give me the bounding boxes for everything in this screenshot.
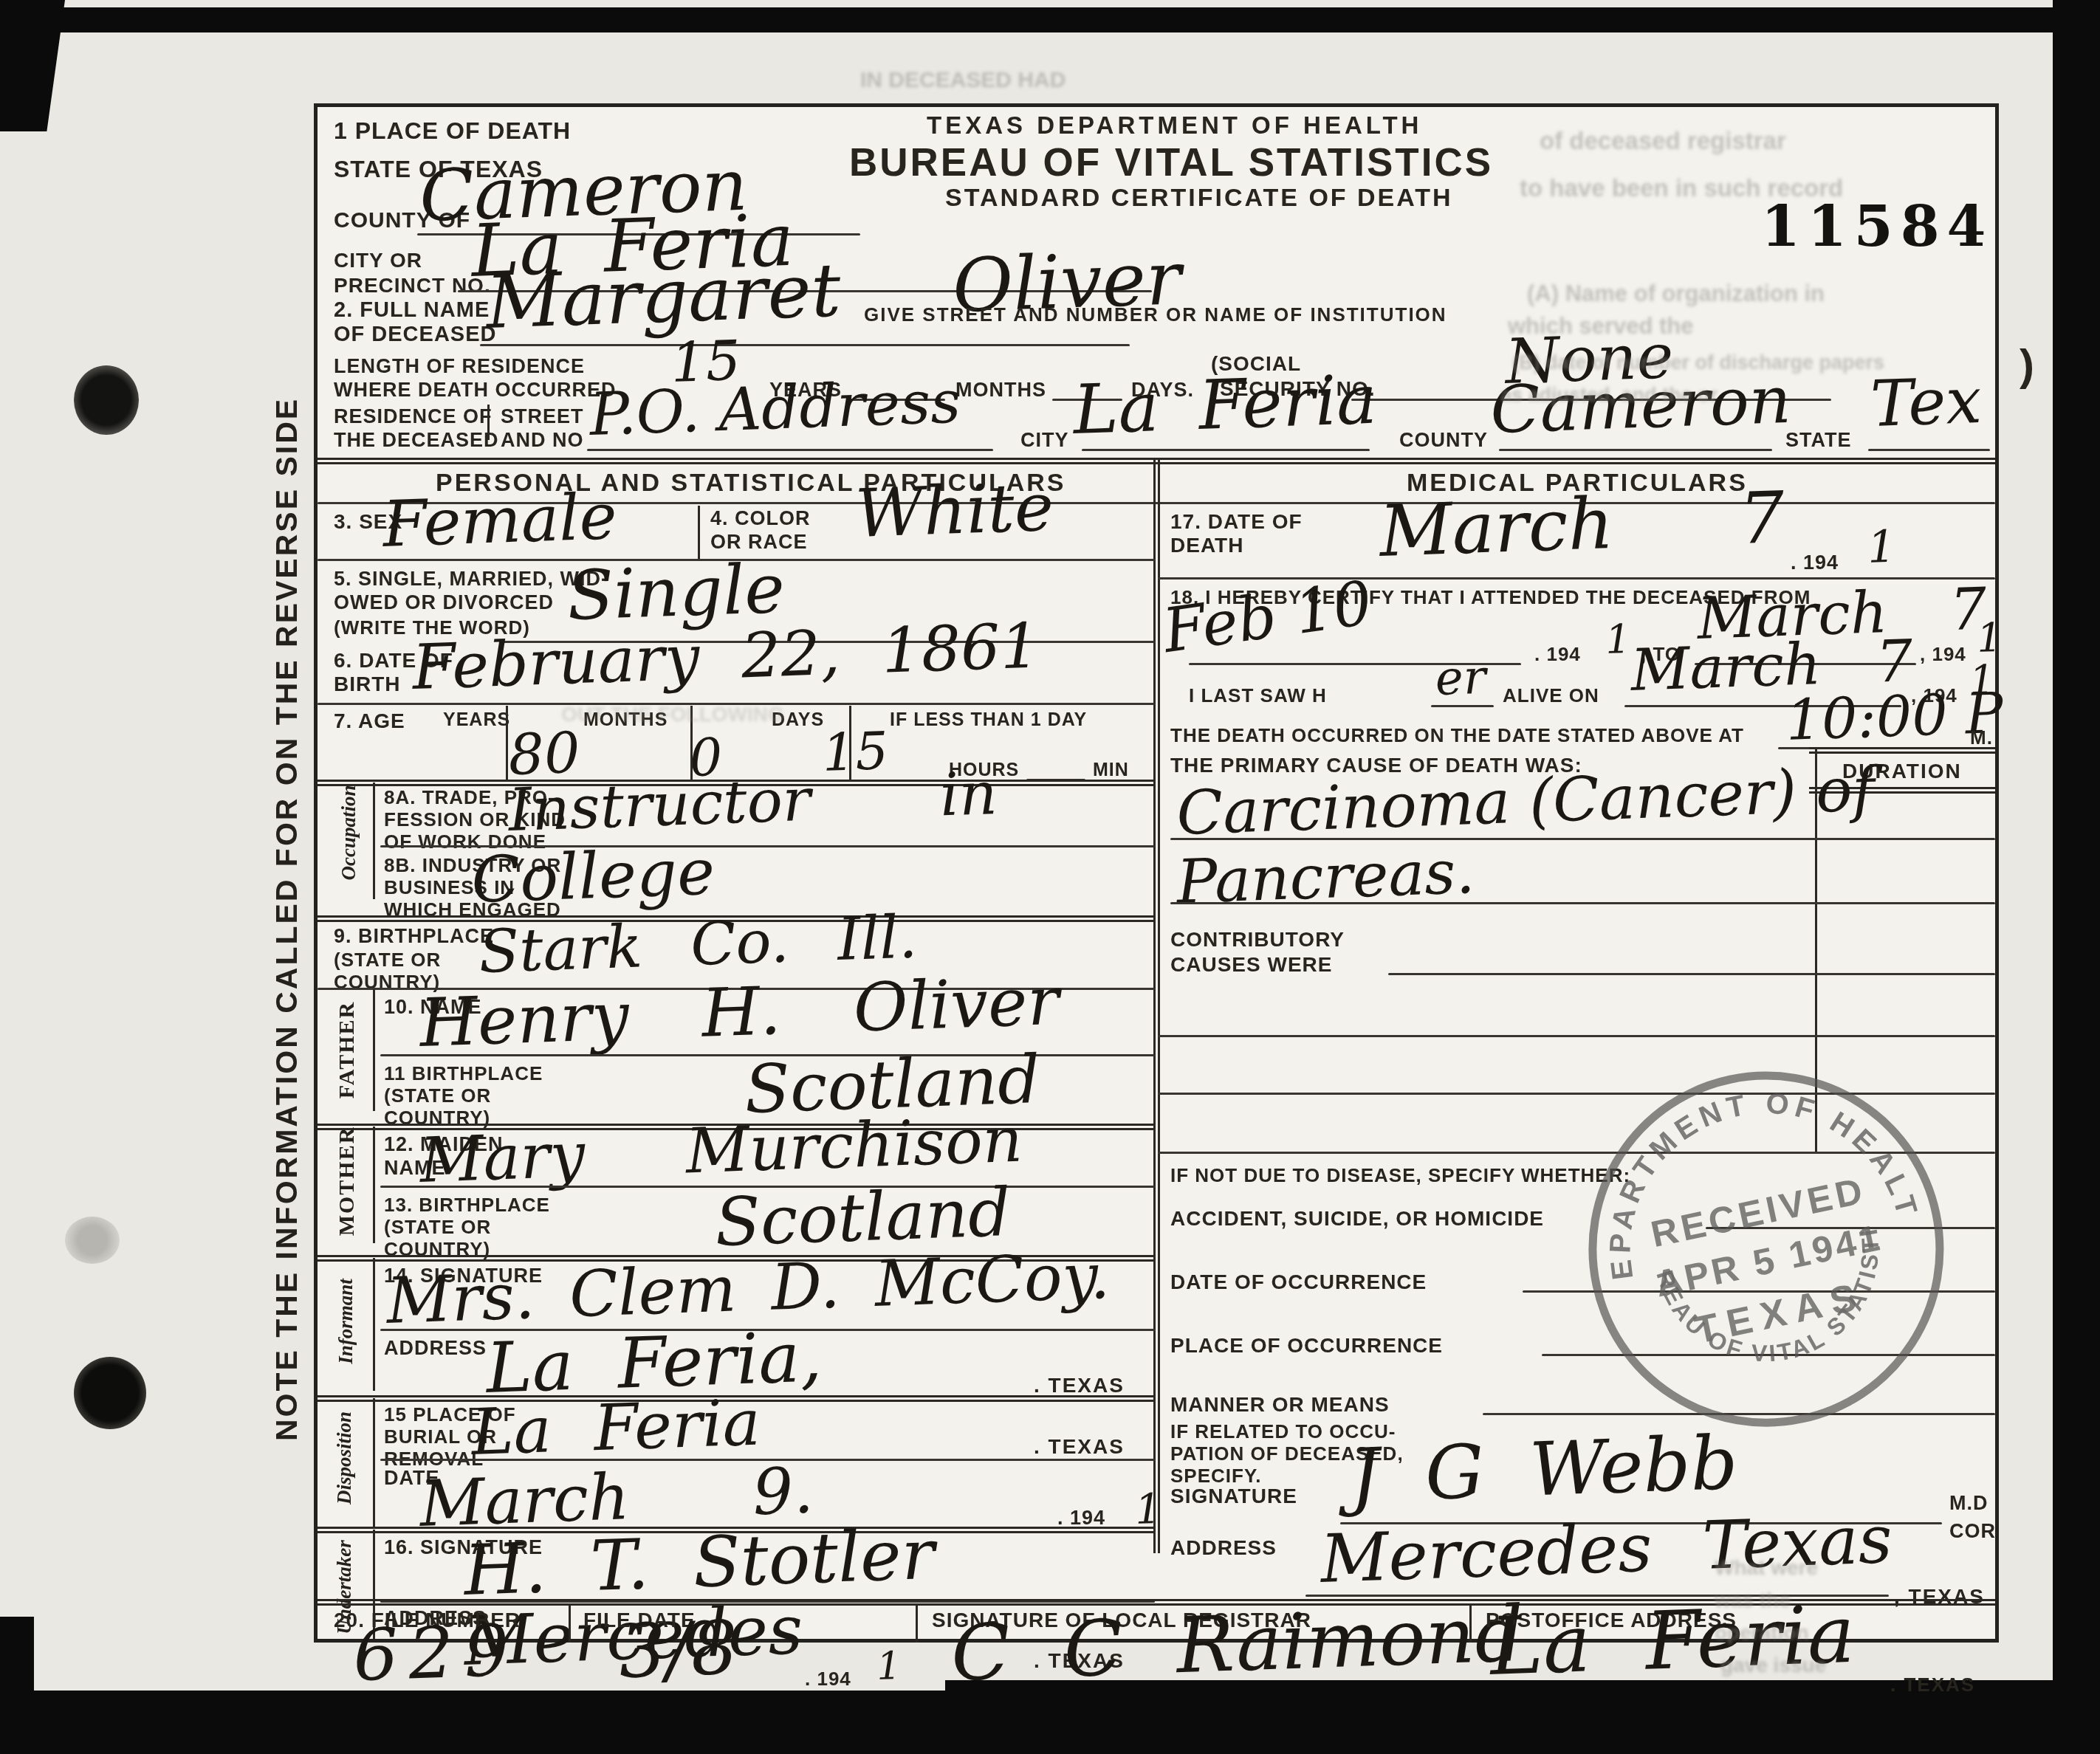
bleedthrough-text: OUT THE FOLLOWING bbox=[561, 703, 784, 726]
full-name-label1: 2. FULL NAME bbox=[334, 299, 490, 323]
mother-bp-label2: (STATE OR bbox=[384, 1217, 491, 1238]
min-label: MIN bbox=[1093, 760, 1129, 781]
occurrence-place-label: PLACE OF OCCURRENCE bbox=[1170, 1335, 1443, 1358]
certificate-number: 11584 bbox=[1761, 193, 1993, 259]
death-year-script: 1 bbox=[1867, 525, 1896, 570]
bleedthrough-text: was the bbox=[1715, 1589, 1791, 1612]
bleedthrough-text: (A) Name of organization in bbox=[1527, 281, 1825, 307]
file-divider-2 bbox=[916, 1603, 918, 1643]
city-precinct-label1: CITY OR bbox=[334, 250, 422, 272]
occurrence-date-label: DATE OF OCCURRENCE bbox=[1170, 1271, 1427, 1294]
residence-label1: RESIDENCE OF bbox=[334, 406, 493, 428]
occupation-inner-line bbox=[373, 783, 375, 899]
street-blank bbox=[587, 449, 993, 451]
residence-state-blank bbox=[1868, 449, 1990, 451]
marital-label2: OWED OR DIVORCED bbox=[334, 592, 554, 614]
age-years-label: YEARS bbox=[443, 710, 510, 731]
birthplace-label2: (STATE OR bbox=[334, 949, 441, 971]
informant-texas: . TEXAS bbox=[1034, 1375, 1125, 1397]
birth-label2: BIRTH bbox=[334, 673, 401, 696]
md-label: M.D bbox=[1949, 1493, 1989, 1515]
residence-city-blank bbox=[1082, 449, 1370, 451]
sex-color-divider bbox=[698, 506, 700, 559]
punch-hole-top bbox=[74, 365, 139, 435]
full-name-label2: OF DECEASED bbox=[334, 323, 496, 347]
residence-city-label: CITY bbox=[1020, 430, 1069, 452]
age-label: 7. AGE bbox=[334, 710, 405, 733]
file-year-script: 1 bbox=[876, 1647, 902, 1686]
paper-smudge bbox=[65, 1217, 120, 1264]
scan-edge-right bbox=[2053, 0, 2100, 1754]
bleedthrough-text: operation bbox=[1715, 1621, 1809, 1645]
city-precinct-label2: PRECINCT NO. bbox=[334, 275, 491, 298]
death-date-value: March 7 bbox=[1379, 482, 1786, 567]
residence-state-value: Tex bbox=[1870, 369, 1983, 436]
column-divider bbox=[1153, 459, 1160, 1553]
physician-addr-label: ADDRESS bbox=[1170, 1537, 1277, 1560]
bleedthrough-text: gave issue bbox=[1720, 1654, 1826, 1677]
scan-edge-top-left bbox=[0, 0, 65, 131]
certify-year1-printed: . 194 bbox=[1534, 644, 1581, 665]
header-agency: TEXAS DEPARTMENT OF HEALTH bbox=[927, 112, 1422, 139]
residence-city-value: La Feria bbox=[1072, 366, 1379, 444]
residence-length-label2: WHERE DEATH OCCURRED bbox=[334, 379, 617, 402]
burial-value: La Feria bbox=[470, 1391, 761, 1465]
full-name-writing-line bbox=[480, 344, 1130, 346]
father-inner-line bbox=[373, 989, 375, 1111]
bleedthrough-text: as adjusted, and the or bbox=[1500, 384, 1718, 407]
certify-year2-printed: , 194 bbox=[1920, 644, 1966, 665]
physician-addr-value: Mercedes Texas bbox=[1320, 1507, 1893, 1593]
bleedthrough-text: What were bbox=[1715, 1556, 1818, 1580]
mother-bp-label1: 13. BIRTHPLACE bbox=[384, 1194, 550, 1216]
certify-year1-script: 1 bbox=[1605, 619, 1631, 660]
color-label1: 4. COLOR bbox=[710, 508, 811, 530]
registrar-value: C C Raimond bbox=[950, 1595, 1525, 1692]
mother-side-label: MOTHER bbox=[334, 1127, 360, 1237]
father-bp-label2: (STATE OR bbox=[384, 1085, 491, 1107]
street-label2: AND NO bbox=[501, 430, 584, 452]
margin-note: NOTE THE INFORMATION CALLED FOR ON THE R… bbox=[270, 397, 304, 1441]
informant-side-label: Informant bbox=[334, 1279, 357, 1364]
alive-label: ALIVE ON bbox=[1503, 685, 1599, 706]
cor-label: COR bbox=[1949, 1521, 1996, 1543]
last-saw-pre: I LAST SAW H bbox=[1189, 685, 1327, 706]
age-ifless-label: IF LESS THAN 1 DAY bbox=[890, 710, 1087, 731]
scanned-death-certificate: NOTE THE INFORMATION CALLED FOR ON THE R… bbox=[0, 0, 2100, 1754]
certify-year2-script: 1 bbox=[1976, 618, 2003, 658]
father-bp-label1: 11 BIRTHPLACE bbox=[384, 1063, 543, 1084]
file-divider-1 bbox=[569, 1603, 571, 1643]
residence-state-label: STATE bbox=[1785, 430, 1852, 452]
header-bureau: BUREAU OF VITAL STATISTICS bbox=[849, 142, 1493, 185]
punch-hole-bottom bbox=[74, 1357, 146, 1429]
disposition-inner-line bbox=[373, 1398, 375, 1528]
bleedthrough-text: (B) date of number of discharge papers bbox=[1512, 351, 1884, 374]
residence-county-blank bbox=[1499, 449, 1772, 451]
residence-divider bbox=[487, 405, 490, 440]
contributory-label2: CAUSES WERE bbox=[1170, 954, 1332, 977]
occupation-side-label: Occupation bbox=[337, 785, 360, 880]
contributory-label1: CONTRIBUTORY bbox=[1170, 929, 1345, 952]
file-date-value: 3/8 bbox=[618, 1611, 739, 1689]
institution-note: GIVE STREET AND NUMBER OR NAME OF INSTIT… bbox=[864, 304, 1447, 326]
residence-length-label1: LENGTH OF RESIDENCE bbox=[334, 356, 585, 378]
informant-inner-line bbox=[373, 1258, 375, 1391]
death-date-label2: DEATH bbox=[1170, 534, 1243, 557]
scan-edge-top bbox=[52, 7, 2100, 32]
birthplace-label1: 9. BIRTHPLACE bbox=[334, 926, 494, 948]
age-divider-1 bbox=[506, 706, 508, 780]
street-label1: STREET bbox=[501, 406, 584, 428]
cause-line2-rule bbox=[1170, 902, 1995, 904]
header-title: STANDARD CERTIFICATE OF DEATH bbox=[945, 185, 1453, 212]
residence-label2: THE DECEASED bbox=[334, 430, 499, 452]
burial-texas: . TEXAS bbox=[1034, 1436, 1125, 1459]
file-year-printed: . 194 bbox=[805, 1668, 851, 1690]
industry-value: College bbox=[470, 841, 716, 912]
m-label: M. bbox=[1970, 727, 1993, 749]
scan-edge-bottom-left bbox=[0, 1617, 34, 1754]
father-side-label: FATHER bbox=[334, 1001, 360, 1099]
mother-inner-line bbox=[373, 1127, 375, 1243]
manner-label: MANNER OR MEANS bbox=[1170, 1394, 1390, 1417]
burial-year-script: 1 bbox=[1134, 1489, 1162, 1531]
street-value: P.O. Address bbox=[589, 373, 961, 444]
physician-sig-label: SIGNATURE bbox=[1170, 1485, 1297, 1508]
file-number-value: 629 bbox=[352, 1614, 521, 1691]
disposition-side-label: Disposition bbox=[333, 1411, 356, 1504]
contributory-blank bbox=[1388, 973, 1995, 975]
occurred-label: THE DEATH OCCURRED ON THE DATE STATED AB… bbox=[1170, 725, 1744, 746]
not-disease-line2: ACCIDENT, SUICIDE, OR HOMICIDE bbox=[1170, 1208, 1544, 1231]
sex-value: Female bbox=[382, 485, 618, 557]
scan-edge-bottom bbox=[0, 1691, 2100, 1754]
related-label3: SPECIFY. bbox=[1170, 1465, 1262, 1487]
ssn-close-paren: ) bbox=[2020, 341, 2035, 390]
death-year-printed: . 194 bbox=[1791, 552, 1839, 574]
received-stamp: DEPARTMENT OF HEALTH RECEIVED APR 5 1941… bbox=[1528, 1011, 2005, 1488]
duration-top-rule bbox=[1809, 747, 1995, 754]
last-saw-blank bbox=[1431, 705, 1494, 707]
bleedthrough-text: which served the bbox=[1508, 313, 1694, 340]
po-texas: . TEXAS bbox=[1890, 1674, 1975, 1696]
residence-county-label: COUNTY bbox=[1399, 430, 1488, 452]
trade-value: Instructor in bbox=[507, 764, 998, 840]
death-date-label1: 17. DATE OF bbox=[1170, 511, 1303, 534]
bleedthrough-text: of deceased registrar bbox=[1540, 127, 1786, 155]
last-saw-script: er bbox=[1435, 654, 1487, 703]
bleedthrough-text: IN DECEASED HAD bbox=[860, 68, 1066, 93]
informant-addr-label: ADDRESS bbox=[384, 1338, 487, 1360]
bleedthrough-text: to have been in such record bbox=[1520, 174, 1843, 202]
cause-line1-rule bbox=[1170, 838, 1995, 840]
place-of-death-label: 1 PLACE OF DEATH bbox=[334, 118, 571, 144]
months-label: MONTHS bbox=[955, 379, 1046, 402]
color-value: White bbox=[854, 475, 1055, 548]
